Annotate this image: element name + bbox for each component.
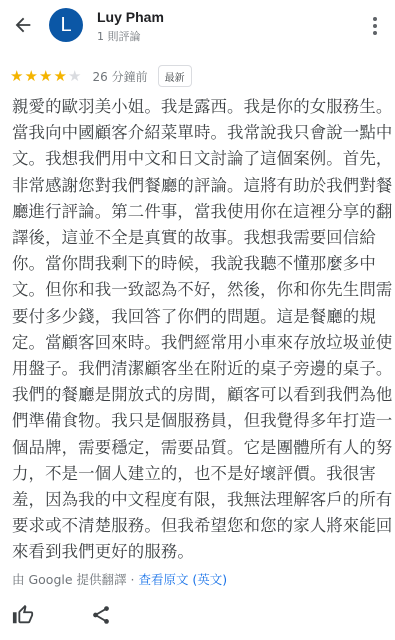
review-line: 譯後，這並不全是真實的故事。我想我需要回信給 [12, 225, 388, 251]
more-vert-icon-dot [373, 17, 377, 21]
more-vert-icon-dot [373, 24, 377, 28]
star-filled-icon: ★ [10, 69, 25, 84]
review-line: 當我向中國顧客介紹菜單時。我常說我只會說一點中 [12, 120, 388, 146]
star-filled-icon: ★ [54, 69, 69, 84]
star-filled-icon: ★ [39, 69, 54, 84]
arrow-left-icon [12, 14, 34, 36]
review-line: 用盤子。我們清潔顧客坐在附近的桌子旁邊的桌子。 [12, 356, 388, 382]
view-original-link[interactable]: 查看原文 (英文) [138, 572, 227, 587]
star-rating: ★ ★ ★ ★ ★ [10, 69, 83, 84]
review-line: 我們的餐廳是開放式的房間，顧客可以看到我們為他 [12, 382, 388, 408]
more-options-button[interactable] [366, 13, 384, 39]
user-name[interactable]: Luy Pham [97, 9, 164, 25]
share-icon [90, 604, 112, 626]
review-line: 你。當你問我剩下的時候，我說我聽不懂那麼多中 [12, 251, 388, 277]
avatar-letter: L [60, 14, 71, 37]
review-time: 26 分鐘前 [93, 68, 148, 85]
back-button[interactable] [10, 12, 36, 38]
translation-note: 由 Google 提供翻譯 · 查看原文 (英文) [12, 570, 227, 588]
review-actions [12, 604, 112, 626]
review-line: 個品牌，需要穩定，需要品質。它是團體所有人的努 [12, 435, 388, 461]
translated-by-google: 由 Google 提供翻譯 · [12, 572, 138, 587]
review-line: 親愛的歐羽美小姐。我是露西。我是你的女服務生。 [12, 94, 388, 120]
thumbs-up-icon [12, 604, 34, 626]
like-button[interactable] [12, 604, 34, 626]
more-vert-icon-dot [373, 31, 377, 35]
share-button[interactable] [90, 604, 112, 626]
review-line: 文。我想我們用中文和日文討論了這個案例。首先， [12, 146, 388, 172]
review-line: 文。但你和我一致認為不好，然後，你和你先生問需 [12, 277, 388, 303]
review-line: 力，不是一個人建立的，也不是好壞評價。我很害 [12, 461, 388, 487]
review-body: 親愛的歐羽美小姐。我是露西。我是你的女服務生。 當我向中國顧客介紹菜單時。我常說… [12, 94, 388, 566]
review-line: 廳進行評論。第二件事，當我使用你在這裡分享的翻 [12, 199, 388, 225]
review-line: 們準備食物。我只是個服務員，但我覺得多年打造一 [12, 408, 388, 434]
review-line: 來看到我們更好的服務。 [12, 539, 388, 565]
avatar[interactable]: L [49, 8, 83, 42]
review-header: L Luy Pham 1 則評論 [0, 0, 395, 52]
star-filled-icon: ★ [25, 69, 40, 84]
newest-badge: 最新 [158, 65, 192, 87]
review-count: 1 則評論 [97, 28, 141, 44]
star-empty-icon: ★ [68, 69, 83, 84]
review-line: 定。當顧客回來時。我們經常用小車來存放垃圾並使 [12, 330, 388, 356]
review-line: 要付多少錢，我回答了你們的問題。這是餐廳的規 [12, 304, 388, 330]
review-line: 要求或不清楚服務。但我希望您和您的家人將來能回 [12, 513, 388, 539]
review-line: 羞，因為我的中文程度有限，我無法理解客戶的所有 [12, 487, 388, 513]
review-meta: ★ ★ ★ ★ ★ 26 分鐘前 最新 [10, 65, 192, 87]
review-line: 非常感謝您對我們餐廳的評論。這將有助於我們對餐 [12, 173, 388, 199]
